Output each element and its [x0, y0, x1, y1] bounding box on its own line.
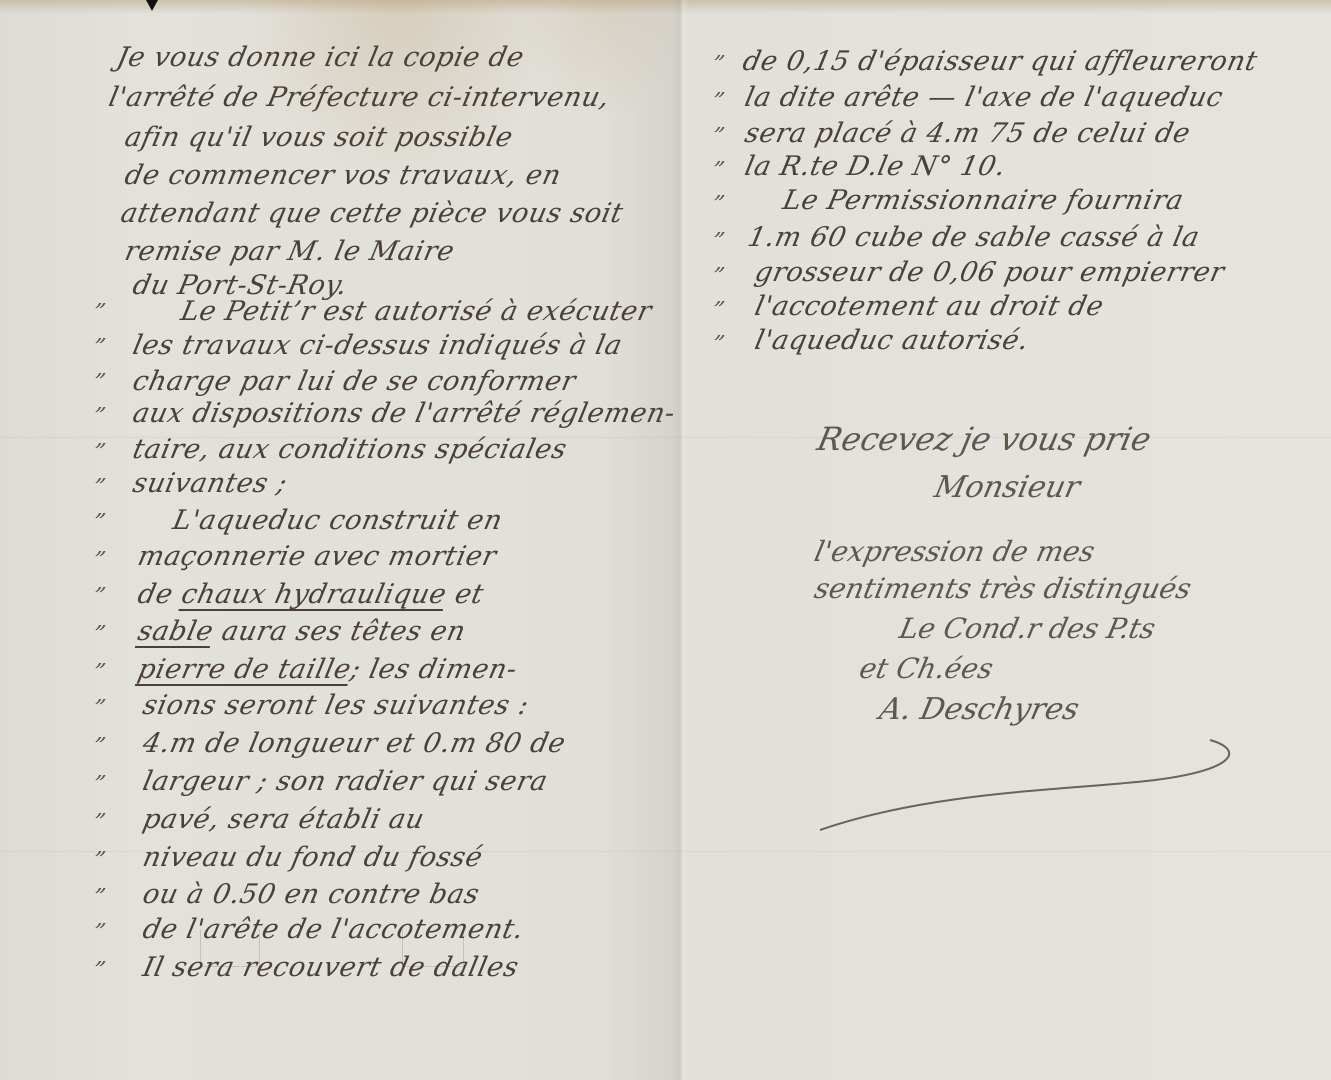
letter-line: pavé, sera établi au: [140, 804, 427, 835]
margin-mark: ”: [90, 440, 108, 465]
letter-line: largeur ; son radier qui sera: [140, 766, 551, 797]
letter-line: de commencer vos travaux, en: [122, 160, 564, 191]
letter-line-underlined: pierre de taille; les dimen-: [135, 654, 520, 685]
letter-line: L'aqueduc construit en: [170, 505, 505, 536]
margin-mark: ”: [90, 696, 108, 721]
margin-mark: ”: [90, 734, 108, 759]
signature-flourish: [815, 720, 1255, 840]
letter-line: l'aqueduc autorisé.: [752, 325, 1032, 356]
margin-mark: ”: [90, 404, 108, 429]
letter-line: grosseur de 0,06 pour empierrer: [752, 257, 1227, 288]
letter-line: niveau du fond du fossé: [140, 842, 486, 873]
letter-line: taire, aux conditions spéciales: [130, 434, 570, 465]
letter-line: l'accotement au droit de: [752, 291, 1107, 322]
letter-line-underlined: de chaux hydraulique et: [135, 579, 487, 610]
letter-line: les travaux ci-dessus indiqués à la: [130, 330, 625, 361]
center-fold: [672, 0, 690, 1080]
margin-mark: ”: [90, 958, 108, 983]
margin-mark: ”: [90, 622, 108, 647]
letter-line: l'arrêté de Préfecture ci-intervenu,: [106, 82, 612, 113]
text-span: ; les dimen-: [348, 654, 521, 685]
letter-line: de l'arête de l'accotement.: [140, 914, 527, 945]
letter-line: aux dispositions de l'arrêté réglemen-: [130, 398, 678, 429]
letter-line: maçonnerie avec mortier: [135, 541, 499, 572]
margin-mark: ”: [90, 660, 108, 685]
left-page: Je vous donne ici la copie de l'arrêté d…: [0, 0, 672, 1080]
letter-line: sions seront les suivantes :: [140, 690, 532, 721]
margin-mark: ”: [90, 548, 108, 573]
letter-line: la dite arête — l'axe de l'aqueduc: [742, 82, 1226, 113]
text-span: de: [135, 579, 185, 610]
letter-scan: Je vous donne ici la copie de l'arrêté d…: [0, 0, 1331, 1080]
margin-mark: ”: [90, 920, 108, 945]
letter-line: la R.te D.le N° 10.: [742, 151, 1009, 182]
margin-mark: ”: [90, 370, 108, 395]
letter-line: 1.m 60 cube de sable cassé à la: [745, 222, 1203, 253]
letter-line: Il sera recouvert de dalles: [140, 952, 522, 983]
margin-mark: ”: [90, 475, 108, 500]
letter-line: suivantes ;: [130, 468, 290, 499]
margin-mark: ”: [90, 510, 108, 535]
letter-line: de 0,15 d'épaisseur qui affleureront: [740, 46, 1260, 77]
margin-mark: ”: [90, 300, 108, 325]
closing-line: Monsieur: [931, 470, 1083, 505]
text-span: aura ses têtes en: [210, 616, 469, 647]
closing-line: Recevez je vous prie: [814, 420, 1155, 458]
letter-line: Le Permissionnaire fournira: [780, 185, 1187, 216]
underlined-text: pierre de taille: [135, 654, 354, 685]
margin-mark: ”: [90, 335, 108, 360]
signature-title: et Ch.ées: [856, 652, 996, 685]
letter-line-underlined: sable aura ses têtes en: [135, 616, 469, 647]
underlined-text: sable: [135, 616, 216, 647]
signature-title: Le Cond.r des P.ts: [896, 612, 1158, 645]
margin-mark: ”: [90, 848, 108, 873]
underlined-text: chaux hydraulique: [179, 579, 450, 610]
closing-line: sentiments très distingués: [811, 572, 1194, 605]
letter-line: attendant que cette pièce vous soit: [118, 198, 626, 229]
letter-line: Le Petit’r est autorisé à exécuter: [178, 296, 655, 327]
letter-line: afin qu'il vous soit possible: [122, 122, 516, 153]
letter-line: remise par M. le Maire: [122, 236, 457, 267]
letter-line: 4.m de longueur et 0.m 80 de: [140, 728, 569, 759]
letter-line: charge par lui de se conformer: [130, 366, 579, 397]
letter-line: sera placé à 4.m 75 de celui de: [742, 118, 1193, 149]
margin-mark: ”: [90, 584, 108, 609]
letter-line: Je vous donne ici la copie de: [114, 42, 527, 73]
margin-mark: ”: [90, 810, 108, 835]
letter-line: ou à 0.50 en contre bas: [140, 879, 482, 910]
text-span: et: [443, 579, 487, 610]
margin-mark: ”: [90, 885, 108, 910]
closing-line: l'expression de mes: [811, 535, 1097, 568]
margin-mark: ”: [90, 772, 108, 797]
